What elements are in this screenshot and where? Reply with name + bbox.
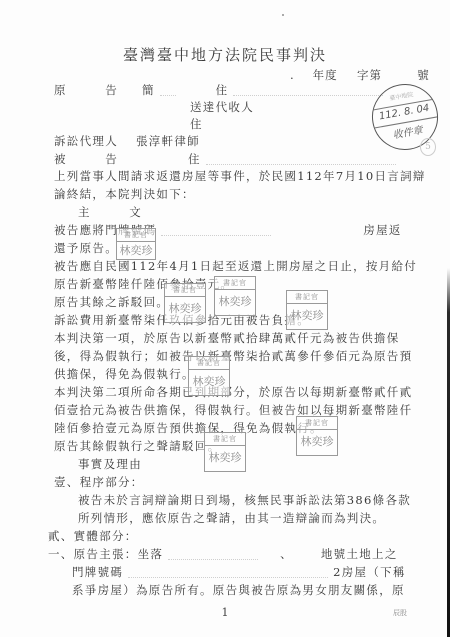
scan-speck <box>282 14 284 16</box>
division-mark: 辰股 <box>393 608 407 618</box>
document-title: 臺灣臺中地方法院民事判決 <box>0 44 450 65</box>
section-1-line-1: 被告未於言詞辯論期日到場，核無民事訴訟法第386條各款 <box>78 492 411 508</box>
case-number: . 年度 字第 號 <box>290 67 430 83</box>
main-line-1: 被告應將門牌號碼 房屋返 <box>54 222 402 238</box>
defendant-address-label: 住 <box>188 152 201 166</box>
main-line-1-end: 房屋返 <box>363 223 401 237</box>
facts-heading: 事實及理由 <box>78 456 142 472</box>
redacted-name <box>160 87 176 96</box>
clerk-seal: 書記官 林奕珍 <box>214 276 256 316</box>
seal-name: 林奕珍 <box>205 446 245 470</box>
section-2-line-2-start: 門牌號碼 <box>72 565 123 579</box>
seal-title: 書記官 <box>117 229 155 242</box>
clerk-seal: 書記官 林奕珍 <box>188 356 230 396</box>
seal-name: 林奕珍 <box>287 304 327 328</box>
clerk-seal: 書記官 林奕珍 <box>296 416 338 456</box>
plaintiff-line: 原 告 簡 住 <box>54 82 383 98</box>
plaintiff-name: 簡 <box>142 83 155 97</box>
seal-title: 書記官 <box>205 433 245 446</box>
seal-name: 林奕珍 <box>189 370 229 394</box>
redacted-address <box>161 227 271 236</box>
service-agent-line: 送達代收人 <box>190 99 254 115</box>
seal-title: 書記官 <box>215 277 255 290</box>
redacted-address <box>128 569 328 578</box>
main-line-9: 供擔保，得免為假執行。 <box>54 366 195 382</box>
intro-line-1: 上列當事人間請求返還房屋等事件，於民國112年7月10日言詞辯 <box>54 168 426 184</box>
section-2-line-1-mid: 、 <box>280 547 293 561</box>
section-1-line-2: 所列情形，應依原告之聲請，由其一造辯論而為判決。 <box>78 510 385 526</box>
service-address-label: 住 <box>190 117 203 131</box>
page-number: 1 <box>0 606 450 619</box>
seal-title: 書記官 <box>189 357 229 370</box>
plaintiff-label: 原 告 <box>54 83 118 97</box>
redacted-address <box>233 87 383 96</box>
attorney-line: 訴訟代理人 張淳軒律師 <box>54 133 200 149</box>
seal-title: 書記官 <box>165 284 205 297</box>
case-year-label: 年度 <box>313 67 338 83</box>
case-word-label: 字第 <box>357 67 382 83</box>
seal-name: 林奕珍 <box>297 430 337 454</box>
clerk-seal: 書記官 林奕珍 <box>164 283 206 323</box>
clerk-seal: 書記官 林奕珍 <box>286 290 328 330</box>
seal-name: 林奕珍 <box>165 297 205 321</box>
redacted-location <box>168 551 258 560</box>
main-line-7: 本判決第一項，於原告以新臺幣貳拾肆萬貳仟元為被告供擔保 <box>54 330 400 346</box>
margin-handwritten-mark: 5 <box>420 138 436 156</box>
clerk-seal: 書記官 林奕珍 <box>204 432 246 472</box>
plaintiff-address-label: 住 <box>216 83 229 97</box>
main-line-5: 原告其餘之訴駁回。 <box>54 294 169 310</box>
seal-name: 林奕珍 <box>215 290 255 314</box>
main-line-12: 陸佰參拾壹元為原告預供擔保，得免為假執行。 <box>54 420 323 436</box>
main-line-13: 原告其餘假執行之聲請駁回。 <box>54 438 220 454</box>
attorney-name: 張淳軒律師 <box>136 134 200 148</box>
service-address-line: 住 <box>190 116 203 132</box>
section-2-heading: 貳、實體部分： <box>48 528 138 544</box>
intro-line-2: 論終結，本院判決如下： <box>54 186 195 202</box>
main-line-4: 原告新臺幣陸仟陸佰參拾壹元。 <box>54 276 233 292</box>
defendant-label: 被 告 <box>54 152 118 166</box>
main-line-11: 佰壹拾元為被告供擔保，得假執行。但被告如以每期新臺幣陸仟 <box>54 402 412 418</box>
main-line-3: 被告應自民國112年4月1日起至返還上開房屋之日止，按月給付 <box>54 258 417 274</box>
section-2-line-1-start: 一、原告主張：坐落 <box>48 547 163 561</box>
section-2-line-1-end: 地號土地上之 <box>321 547 398 561</box>
main-heading: 主 文 <box>78 204 142 220</box>
main-line-8: 後，得為假執行；如被告以新臺幣柒拾貳萬參仟參佰元為原告預 <box>54 348 412 364</box>
seal-title: 書記官 <box>297 417 337 430</box>
case-number-label: 號 <box>417 67 430 83</box>
section-1-heading: 壹、程序部分： <box>54 474 144 490</box>
clerk-seal: 書記官 林奕珍 <box>116 228 156 260</box>
redacted-address <box>206 156 396 165</box>
defendant-line: 被 告 住 <box>54 151 396 167</box>
main-line-10: 本判決第二項所命各期已到期部分，於原告以每期新臺幣貳仟貳 <box>54 384 412 400</box>
service-agent-label: 送達代收人 <box>190 100 254 114</box>
seal-name: 林奕珍 <box>117 242 155 259</box>
section-2-line-1: 一、原告主張：坐落 、 地號土地上之 <box>48 546 398 562</box>
section-2-line-3: 系爭房屋）為原告所有。原告與被告原為男女朋友關係，原 <box>72 582 405 598</box>
section-2-line-2-end: 2房屋（下稱 <box>333 565 406 579</box>
main-line-2: 還予原告。 <box>54 240 118 256</box>
attorney-label: 訴訟代理人 <box>54 134 118 148</box>
court-judgment-page: 臺灣臺中地方法院民事判決 . 年度 字第 號 原 告 簡 住 送達代收人 住 訴… <box>0 0 450 637</box>
seal-title: 書記官 <box>287 291 327 304</box>
section-2-line-2: 門牌號碼 2房屋（下稱 <box>72 564 406 580</box>
